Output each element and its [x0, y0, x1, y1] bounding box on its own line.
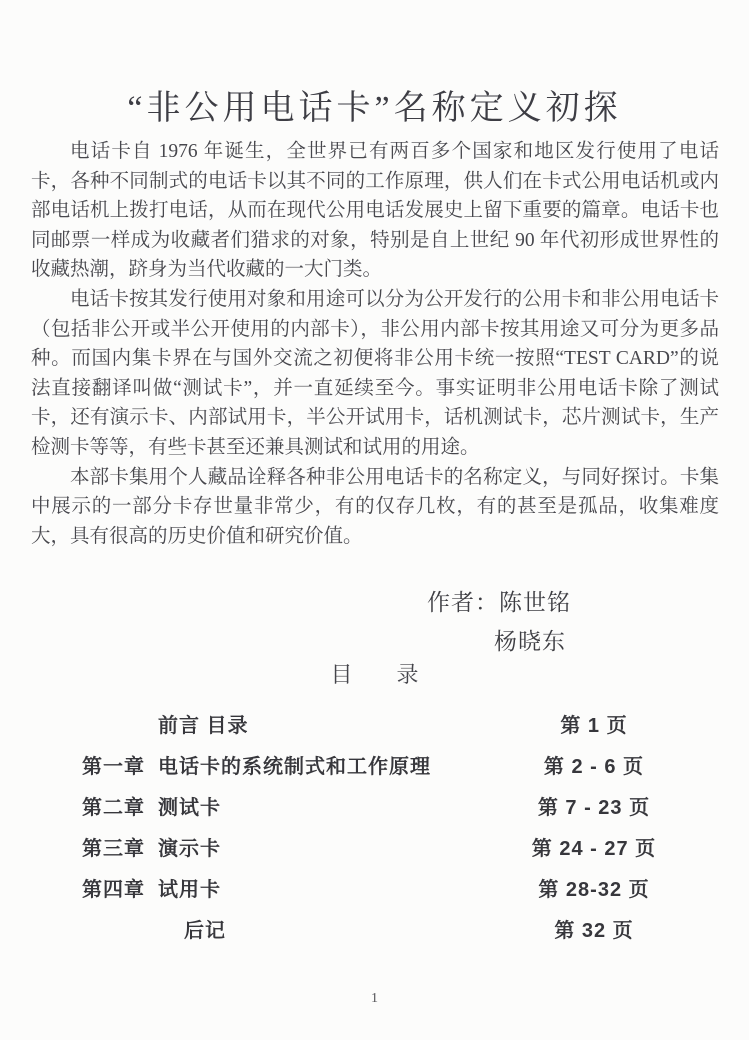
table-of-contents: 前言 目录 第 1 页 第一章 电话卡的系统制式和工作原理 第 2 - 6 页 … — [30, 703, 719, 949]
toc-row-chapter-3: 第三章 演示卡 第 24 - 27 页 — [30, 826, 719, 867]
toc-entry-title: 试用卡 — [158, 873, 499, 902]
toc-chapter-label: 第一章 — [30, 750, 145, 779]
toc-entry-title: 测试卡 — [158, 791, 499, 820]
toc-row-chapter-4: 第四章 试用卡 第 28-32 页 — [30, 867, 719, 908]
toc-chapter-label: 第二章 — [30, 791, 145, 820]
paragraph-collection: 本部卡集用个人藏品诠释各种非公用电话卡的名称定义，与同好探讨。卡集中展示的一部分… — [31, 463, 719, 552]
page-number: 1 — [0, 991, 749, 1007]
toc-row-postscript: 后记 第 32 页 — [30, 908, 719, 949]
author-line-2: 杨晓东 — [494, 622, 571, 661]
toc-entry-title: 电话卡的系统制式和工作原理 — [158, 750, 499, 779]
toc-row-chapter-2: 第二章 测试卡 第 7 - 23 页 — [30, 785, 719, 826]
toc-row-preface: 前言 目录 第 1 页 — [30, 703, 719, 744]
toc-entry-pages: 第 1 页 — [499, 709, 689, 738]
toc-chapter-label: 第三章 — [30, 832, 145, 861]
toc-entry-title: 后记 — [158, 914, 499, 943]
toc-entry-pages: 第 32 页 — [499, 914, 689, 943]
document-page: “非公用电话卡”名称定义初探 电话卡自 1976 年诞生，全世界已有两百多个国家… — [0, 0, 749, 1040]
toc-entry-pages: 第 28-32 页 — [499, 873, 689, 902]
author-block: 作者：陈世铭 杨晓东 — [427, 583, 571, 661]
toc-entry-pages: 第 2 - 6 页 — [499, 750, 689, 779]
author-line-1: 作者：陈世铭 — [427, 583, 571, 622]
toc-entry-title: 演示卡 — [158, 832, 499, 861]
paragraph-intro: 电话卡自 1976 年诞生，全世界已有两百多个国家和地区发行使用了电话卡，各种不… — [31, 137, 719, 285]
body-text: 电话卡自 1976 年诞生，全世界已有两百多个国家和地区发行使用了电话卡，各种不… — [31, 137, 719, 551]
toc-entry-pages: 第 24 - 27 页 — [499, 832, 689, 861]
document-title: “非公用电话卡”名称定义初探 — [0, 80, 749, 129]
toc-chapter-label: 第四章 — [30, 873, 145, 902]
toc-entry-title: 前言 目录 — [158, 709, 499, 738]
toc-heading: 目 录 — [0, 658, 749, 689]
toc-entry-pages: 第 7 - 23 页 — [499, 791, 689, 820]
paragraph-classification: 电话卡按其发行使用对象和用途可以分为公开发行的公用卡和非公用电话卡（包括非公开或… — [31, 285, 719, 463]
toc-row-chapter-1: 第一章 电话卡的系统制式和工作原理 第 2 - 6 页 — [30, 744, 719, 785]
